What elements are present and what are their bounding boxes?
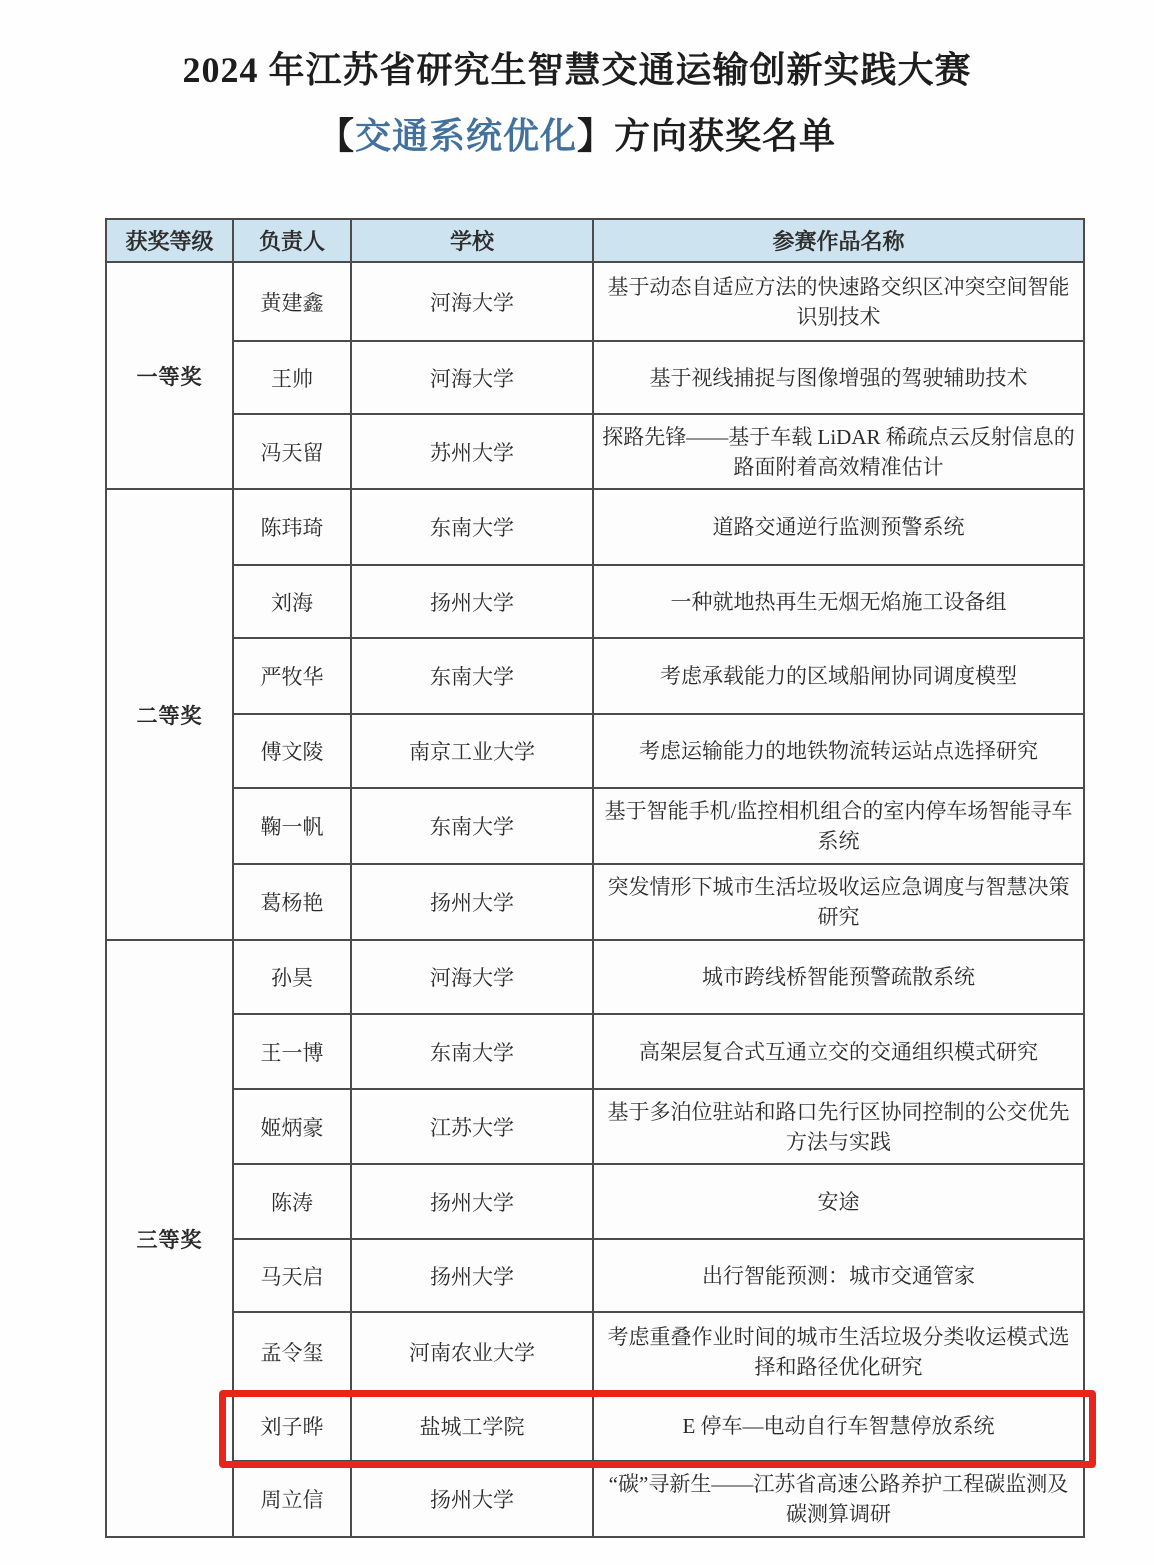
winner-name-cell: 孟令玺 bbox=[233, 1312, 351, 1391]
winner-name-cell: 刘子晔 bbox=[233, 1391, 351, 1461]
table-row: 傅文陵 南京工业大学 考虑运输能力的地铁物流转运站点选择研究 bbox=[106, 714, 1084, 788]
table-row: 陈涛 扬州大学 安途 bbox=[106, 1164, 1084, 1239]
table-row: 三等奖 孙昊 河海大学 城市跨线桥智能预警疏散系统 bbox=[106, 940, 1084, 1014]
winner-name-cell: 严牧华 bbox=[233, 638, 351, 714]
school-cell: 东南大学 bbox=[351, 489, 593, 565]
project-cell: 考虑重叠作业时间的城市生活垃圾分类收运模式选择和路径优化研究 bbox=[593, 1312, 1084, 1391]
winner-name-cell: 马天启 bbox=[233, 1239, 351, 1312]
project-cell: 基于视线捕捉与图像增强的驾驶辅助技术 bbox=[593, 341, 1084, 414]
school-cell: 河南农业大学 bbox=[351, 1312, 593, 1391]
winner-name-cell: 陈玮琦 bbox=[233, 489, 351, 565]
school-cell: 扬州大学 bbox=[351, 1239, 593, 1312]
table-row: 鞠一帆 东南大学 基于智能手机/监控相机组合的室内停车场智能寻车系统 bbox=[106, 788, 1084, 864]
project-cell: 基于多泊位驻站和路口先行区协同控制的公交优先方法与实践 bbox=[593, 1089, 1084, 1164]
school-cell: 河海大学 bbox=[351, 341, 593, 414]
project-cell: 高架层复合式互通立交的交通组织模式研究 bbox=[593, 1014, 1084, 1089]
table-row: 刘海 扬州大学 一种就地热再生无烟无焰施工设备组 bbox=[106, 565, 1084, 638]
winner-name-cell: 王帅 bbox=[233, 341, 351, 414]
winner-name-cell: 孙昊 bbox=[233, 940, 351, 1014]
column-header-school: 学校 bbox=[351, 219, 593, 262]
winner-name-cell: 姬炳豪 bbox=[233, 1089, 351, 1164]
winner-name-cell: 傅文陵 bbox=[233, 714, 351, 788]
winner-name-cell: 王一博 bbox=[233, 1014, 351, 1089]
table-row: 葛杨艳 扬州大学 突发情形下城市生活垃圾收运应急调度与智慧决策研究 bbox=[106, 864, 1084, 940]
table-row: 二等奖 陈玮琦 东南大学 道路交通逆行监测预警系统 bbox=[106, 489, 1084, 565]
award-level-cell-third-prize: 三等奖 bbox=[106, 940, 233, 1537]
project-cell: 城市跨线桥智能预警疏散系统 bbox=[593, 940, 1084, 1014]
school-cell: 盐城工学院 bbox=[351, 1391, 593, 1461]
project-cell: 考虑运输能力的地铁物流转运站点选择研究 bbox=[593, 714, 1084, 788]
project-cell: 一种就地热再生无烟无焰施工设备组 bbox=[593, 565, 1084, 638]
project-cell: 出行智能预测：城市交通管家 bbox=[593, 1239, 1084, 1312]
school-cell: 河海大学 bbox=[351, 262, 593, 341]
school-cell: 南京工业大学 bbox=[351, 714, 593, 788]
award-level-cell-second-prize: 二等奖 bbox=[106, 489, 233, 940]
project-cell: 基于动态自适应方法的快速路交织区冲突空间智能识别技术 bbox=[593, 262, 1084, 341]
subtitle-highlight-text: 交通系统优化 bbox=[355, 116, 577, 156]
subtitle-rest-text: 方向获奖名单 bbox=[614, 116, 836, 156]
project-cell: 基于智能手机/监控相机组合的室内停车场智能寻车系统 bbox=[593, 788, 1084, 864]
school-cell: 苏州大学 bbox=[351, 414, 593, 489]
winner-name-cell: 陈涛 bbox=[233, 1164, 351, 1239]
page-subtitle: 【交通系统优化】方向获奖名单 bbox=[0, 108, 1154, 159]
table-row: 孟令玺 河南农业大学 考虑重叠作业时间的城市生活垃圾分类收运模式选择和路径优化研… bbox=[106, 1312, 1084, 1391]
project-cell: 道路交通逆行监测预警系统 bbox=[593, 489, 1084, 565]
awards-table-wrapper: 获奖等级 负责人 学校 参赛作品名称 一等奖 黄建鑫 河海大学 基于动态自适应方… bbox=[0, 218, 1154, 1538]
table-row: 严牧华 东南大学 考虑承载能力的区域船闸协同调度模型 bbox=[106, 638, 1084, 714]
table-row: 周立信 扬州大学 “碳”寻新生——江苏省高速公路养护工程碳监测及碳测算调研 bbox=[106, 1461, 1084, 1537]
table-row: 王一博 东南大学 高架层复合式互通立交的交通组织模式研究 bbox=[106, 1014, 1084, 1089]
column-header-leader: 负责人 bbox=[233, 219, 351, 262]
project-cell: 突发情形下城市生活垃圾收运应急调度与智慧决策研究 bbox=[593, 864, 1084, 940]
school-cell: 东南大学 bbox=[351, 638, 593, 714]
table-row-highlighted: 刘子晔 盐城工学院 E 停车—电动自行车智慧停放系统 bbox=[106, 1391, 1084, 1461]
header-row: 获奖等级 负责人 学校 参赛作品名称 bbox=[106, 219, 1084, 262]
table-row: 王帅 河海大学 基于视线捕捉与图像增强的驾驶辅助技术 bbox=[106, 341, 1084, 414]
table-row: 马天启 扬州大学 出行智能预测：城市交通管家 bbox=[106, 1239, 1084, 1312]
column-header-project: 参赛作品名称 bbox=[593, 219, 1084, 262]
school-cell: 江苏大学 bbox=[351, 1089, 593, 1164]
page-title: 2024 年江苏省研究生智慧交通运输创新实践大赛 bbox=[0, 42, 1154, 93]
school-cell: 东南大学 bbox=[351, 1014, 593, 1089]
table-row: 冯天留 苏州大学 探路先锋——基于车载 LiDAR 稀疏点云反射信息的路面附着高… bbox=[106, 414, 1084, 489]
document-page: 2024 年江苏省研究生智慧交通运输创新实践大赛 【交通系统优化】方向获奖名单 … bbox=[0, 0, 1154, 1565]
table-row: 一等奖 黄建鑫 河海大学 基于动态自适应方法的快速路交织区冲突空间智能识别技术 bbox=[106, 262, 1084, 341]
table-row: 姬炳豪 江苏大学 基于多泊位驻站和路口先行区协同控制的公交优先方法与实践 bbox=[106, 1089, 1084, 1164]
project-cell: 考虑承载能力的区域船闸协同调度模型 bbox=[593, 638, 1084, 714]
project-cell: 探路先锋——基于车载 LiDAR 稀疏点云反射信息的路面附着高效精准估计 bbox=[593, 414, 1084, 489]
school-cell: 扬州大学 bbox=[351, 1164, 593, 1239]
school-cell: 扬州大学 bbox=[351, 1461, 593, 1537]
school-cell: 河海大学 bbox=[351, 940, 593, 1014]
subtitle-bracket-open: 【 bbox=[318, 116, 355, 156]
winner-name-cell: 鞠一帆 bbox=[233, 788, 351, 864]
award-level-cell-first-prize: 一等奖 bbox=[106, 262, 233, 489]
column-header-award-level: 获奖等级 bbox=[106, 219, 233, 262]
winner-name-cell: 黄建鑫 bbox=[233, 262, 351, 341]
winner-name-cell: 周立信 bbox=[233, 1461, 351, 1537]
school-cell: 东南大学 bbox=[351, 788, 593, 864]
school-cell: 扬州大学 bbox=[351, 864, 593, 940]
project-cell: 安途 bbox=[593, 1164, 1084, 1239]
project-cell: E 停车—电动自行车智慧停放系统 bbox=[593, 1391, 1084, 1461]
subtitle-bracket-close: 】 bbox=[577, 116, 614, 156]
school-cell: 扬州大学 bbox=[351, 565, 593, 638]
winner-name-cell: 葛杨艳 bbox=[233, 864, 351, 940]
project-cell: “碳”寻新生——江苏省高速公路养护工程碳监测及碳测算调研 bbox=[593, 1461, 1084, 1537]
winner-name-cell: 冯天留 bbox=[233, 414, 351, 489]
awards-table: 获奖等级 负责人 学校 参赛作品名称 一等奖 黄建鑫 河海大学 基于动态自适应方… bbox=[105, 218, 1085, 1538]
winner-name-cell: 刘海 bbox=[233, 565, 351, 638]
